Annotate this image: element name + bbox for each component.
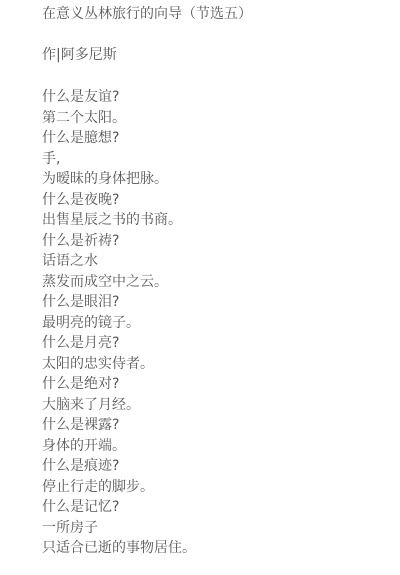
poem-body: 什么是友谊? 第二个太阳。 什么是臆想? 手, 为暧昧的身体把脉。 什么是夜晚?… bbox=[42, 87, 196, 559]
poem-line: 身体的开端。 bbox=[42, 436, 196, 457]
poem-line: 什么是月亮? bbox=[42, 333, 196, 354]
poem-line: 话语之水 bbox=[42, 251, 196, 272]
poem-line: 只适合已逝的事物居住。 bbox=[42, 538, 196, 559]
poem-line: 一所房子 bbox=[42, 518, 196, 539]
poem-title: 在意义丛林旅行的向导（节选五） bbox=[42, 4, 252, 24]
poem-line: 什么是眼泪? bbox=[42, 292, 196, 313]
poem-line: 什么是痕迹? bbox=[42, 456, 196, 477]
poem-line: 什么是祈祷? bbox=[42, 231, 196, 252]
poem-line: 出售星辰之书的书商。 bbox=[42, 210, 196, 231]
poem-line: 大脑来了月经。 bbox=[42, 395, 196, 416]
poem-line: 什么是绝对? bbox=[42, 374, 196, 395]
poem-line: 蒸发而成空中之云。 bbox=[42, 272, 196, 293]
poem-line: 什么是记忆? bbox=[42, 497, 196, 518]
poem-line: 为暧昧的身体把脉。 bbox=[42, 169, 196, 190]
poem-line: 手, bbox=[42, 149, 196, 170]
poem-line: 太阳的忠实侍者。 bbox=[42, 354, 196, 375]
poem-line: 什么是友谊? bbox=[42, 87, 196, 108]
poem-line: 最明亮的镜子。 bbox=[42, 313, 196, 334]
poem-line: 什么是夜晚? bbox=[42, 190, 196, 211]
poem-line: 停止行走的脚步。 bbox=[42, 477, 196, 498]
poem-line: 什么是裸露? bbox=[42, 415, 196, 436]
poem-line: 第二个太阳。 bbox=[42, 108, 196, 129]
poem-author: 作|阿多尼斯 bbox=[42, 45, 117, 65]
poem-line: 什么是臆想? bbox=[42, 128, 196, 149]
